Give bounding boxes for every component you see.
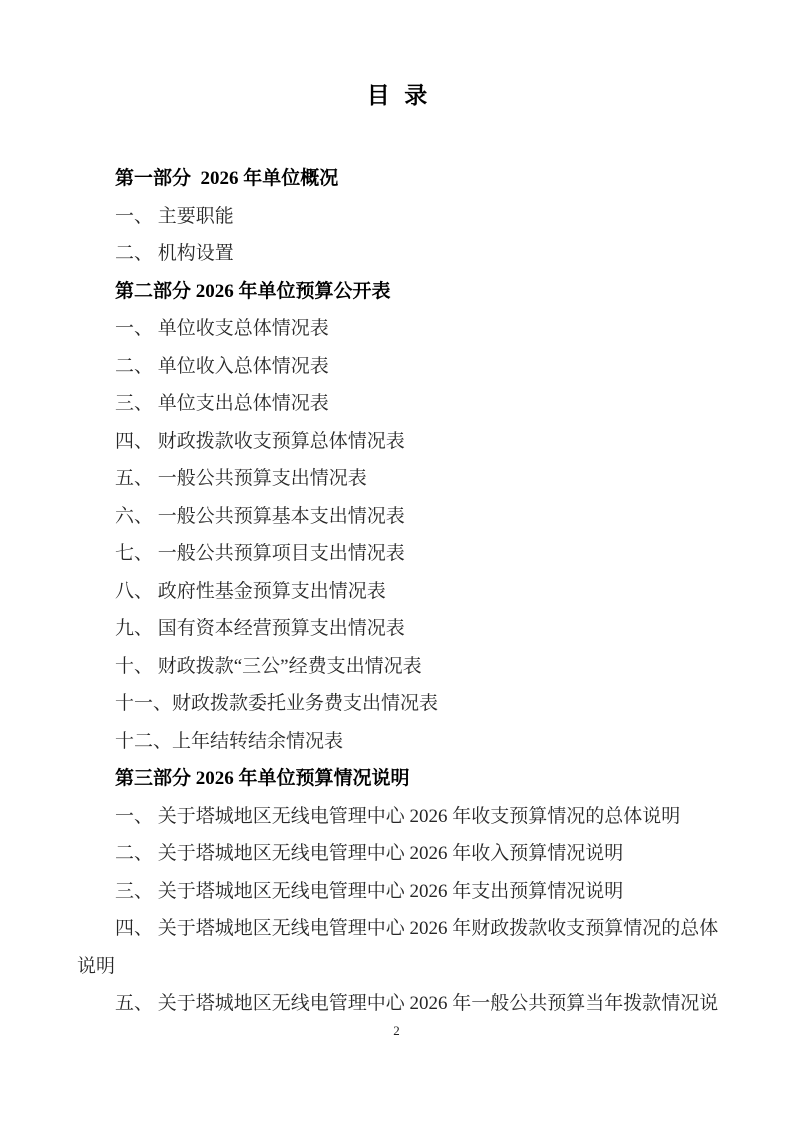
toc-item: 二、 机构设置 — [77, 235, 718, 273]
toc-item: 十、 财政拨款“三公”经费支出情况表 — [77, 648, 718, 686]
toc-item: 一、 主要职能 — [77, 198, 718, 236]
toc-item: 八、 政府性基金预算支出情况表 — [77, 573, 718, 611]
toc-item: 九、 国有资本经营预算支出情况表 — [77, 610, 718, 648]
document-page: 目 录 第一部分 2026 年单位概况一、 主要职能二、 机构设置第二部分 20… — [0, 0, 793, 1122]
toc-item: 四、 财政拨款收支预算总体情况表 — [77, 423, 718, 461]
toc-section-heading: 第一部分 2026 年单位概况 — [77, 160, 718, 198]
toc-item: 十一、财政拨款委托业务费支出情况表 — [77, 685, 718, 723]
toc-item: 四、 关于塔城地区无线电管理中心 2026 年财政拨款收支预算情况的总体 — [77, 910, 718, 948]
page-title: 目 录 — [77, 80, 718, 112]
toc-item: 六、 一般公共预算基本支出情况表 — [77, 498, 718, 536]
toc-item: 十二、上年结转结余情况表 — [77, 723, 718, 761]
toc-section-heading: 第二部分 2026 年单位预算公开表 — [77, 273, 718, 311]
page-number: 2 — [0, 1022, 793, 1040]
toc-item: 一、 关于塔城地区无线电管理中心 2026 年收支预算情况的总体说明 — [77, 798, 718, 836]
toc-item: 三、 单位支出总体情况表 — [77, 385, 718, 423]
toc-item: 三、 关于塔城地区无线电管理中心 2026 年支出预算情况说明 — [77, 873, 718, 911]
toc-item: 五、 关于塔城地区无线电管理中心 2026 年一般公共预算当年拨款情况说 — [77, 985, 718, 1023]
toc-item: 七、 一般公共预算项目支出情况表 — [77, 535, 718, 573]
table-of-contents: 第一部分 2026 年单位概况一、 主要职能二、 机构设置第二部分 2026 年… — [77, 160, 718, 1023]
toc-item: 二、 单位收入总体情况表 — [77, 348, 718, 386]
toc-item-continuation: 说明 — [77, 948, 718, 986]
toc-section-heading: 第三部分 2026 年单位预算情况说明 — [77, 760, 718, 798]
toc-item: 二、 关于塔城地区无线电管理中心 2026 年收入预算情况说明 — [77, 835, 718, 873]
toc-item: 五、 一般公共预算支出情况表 — [77, 460, 718, 498]
toc-item: 一、 单位收支总体情况表 — [77, 310, 718, 348]
